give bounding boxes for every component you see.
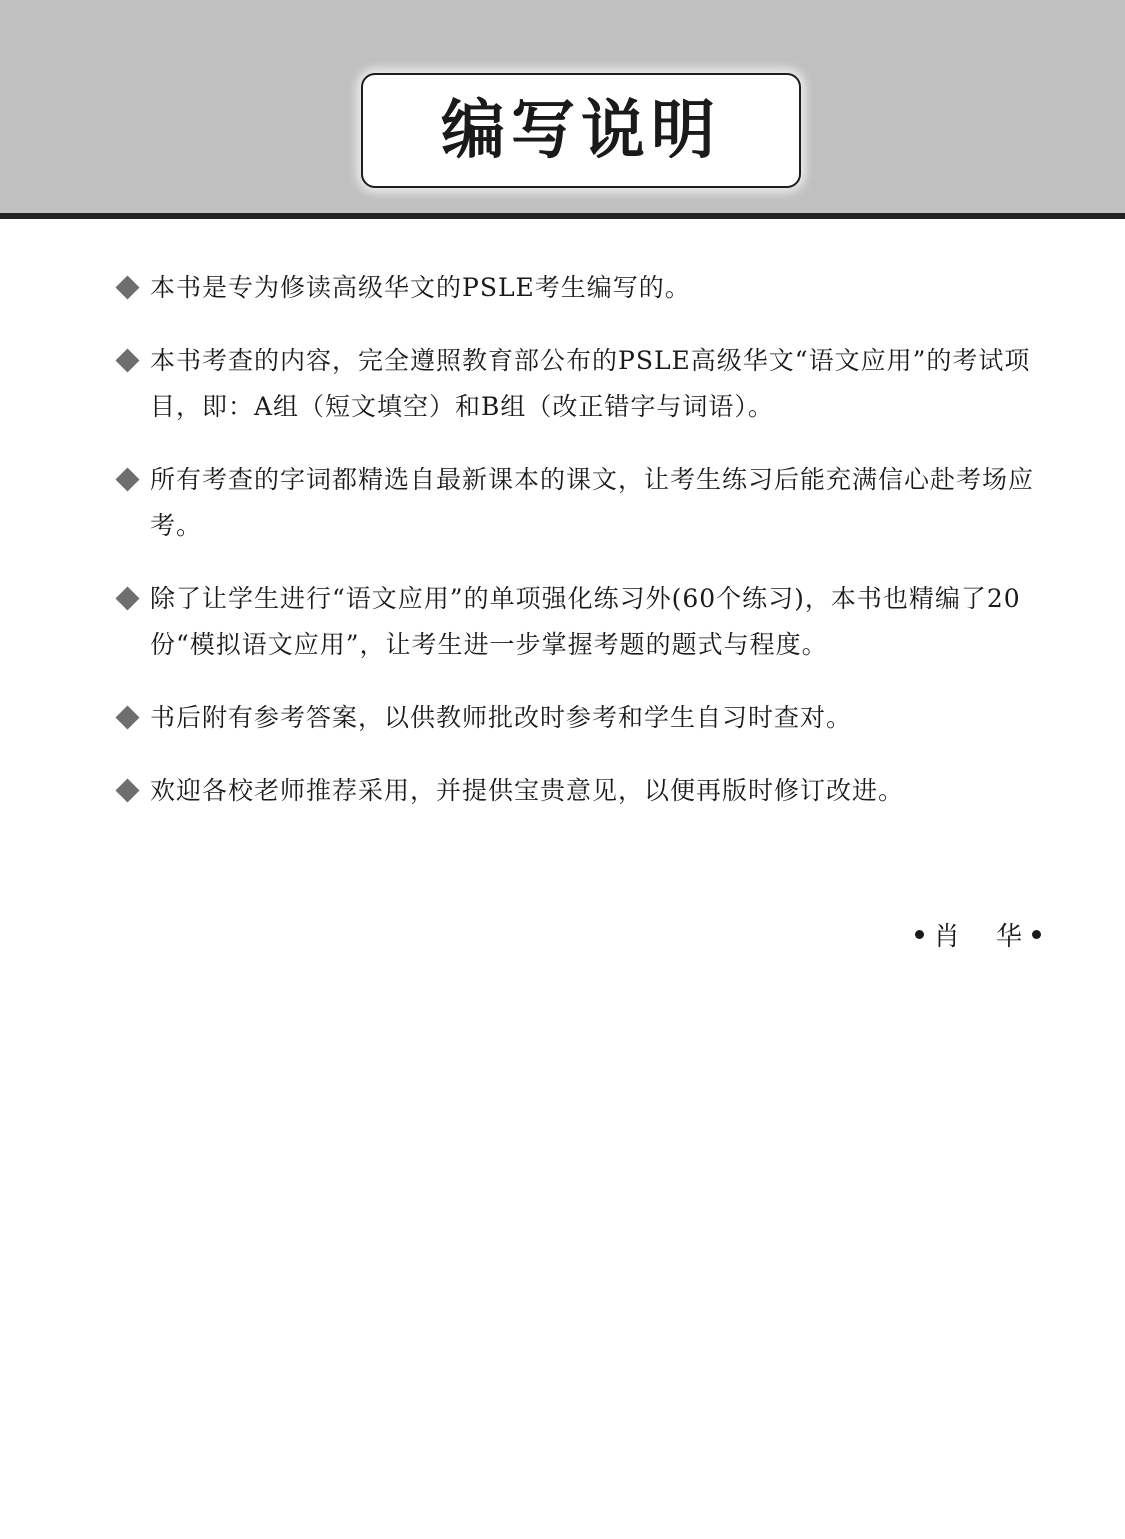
title-box: 编写说明: [361, 73, 801, 188]
author-name: 肖 华: [934, 916, 1036, 953]
list-item-text: 本书是专为修读高级华文的PSLE考生编写的。: [150, 265, 1056, 311]
page-title: 编写说明: [441, 99, 721, 163]
list-item: 本书考查的内容，完全遵照教育部公布的PSLE高级华文“语文应用”的考试项目，即：…: [116, 338, 1056, 430]
diamond-bullet-icon: [115, 348, 139, 372]
author-signature: 肖 华: [915, 916, 1041, 953]
notes-list: 本书是专为修读高级华文的PSLE考生编写的。 本书考查的内容，完全遵照教育部公布…: [116, 265, 1056, 841]
dot-icon: [915, 930, 924, 939]
list-item: 除了让学生进行“语文应用”的单项强化练习外(60个练习)，本书也精编了20份“模…: [116, 576, 1056, 668]
diamond-bullet-icon: [115, 778, 139, 802]
dot-icon: [1032, 930, 1041, 939]
list-item: 欢迎各校老师推荐采用，并提供宝贵意见，以便再版时修订改进。: [116, 768, 1056, 814]
list-item: 本书是专为修读高级华文的PSLE考生编写的。: [116, 265, 1056, 311]
list-item-text: 除了让学生进行“语文应用”的单项强化练习外(60个练习)，本书也精编了20份“模…: [150, 576, 1056, 668]
list-item: 所有考查的字词都精选自最新课本的课文，让考生练习后能充满信心赴考场应考。: [116, 457, 1056, 549]
diamond-bullet-icon: [115, 586, 139, 610]
list-item-text: 书后附有参考答案，以供教师批改时参考和学生自习时查对。: [150, 695, 1056, 741]
header-divider: [0, 213, 1125, 219]
diamond-bullet-icon: [115, 467, 139, 491]
list-item: 书后附有参考答案，以供教师批改时参考和学生自习时查对。: [116, 695, 1056, 741]
diamond-bullet-icon: [115, 275, 139, 299]
diamond-bullet-icon: [115, 705, 139, 729]
list-item-text: 欢迎各校老师推荐采用，并提供宝贵意见，以便再版时修订改进。: [150, 768, 1056, 814]
list-item-text: 本书考查的内容，完全遵照教育部公布的PSLE高级华文“语文应用”的考试项目，即：…: [150, 338, 1056, 430]
list-item-text: 所有考查的字词都精选自最新课本的课文，让考生练习后能充满信心赴考场应考。: [150, 457, 1056, 549]
